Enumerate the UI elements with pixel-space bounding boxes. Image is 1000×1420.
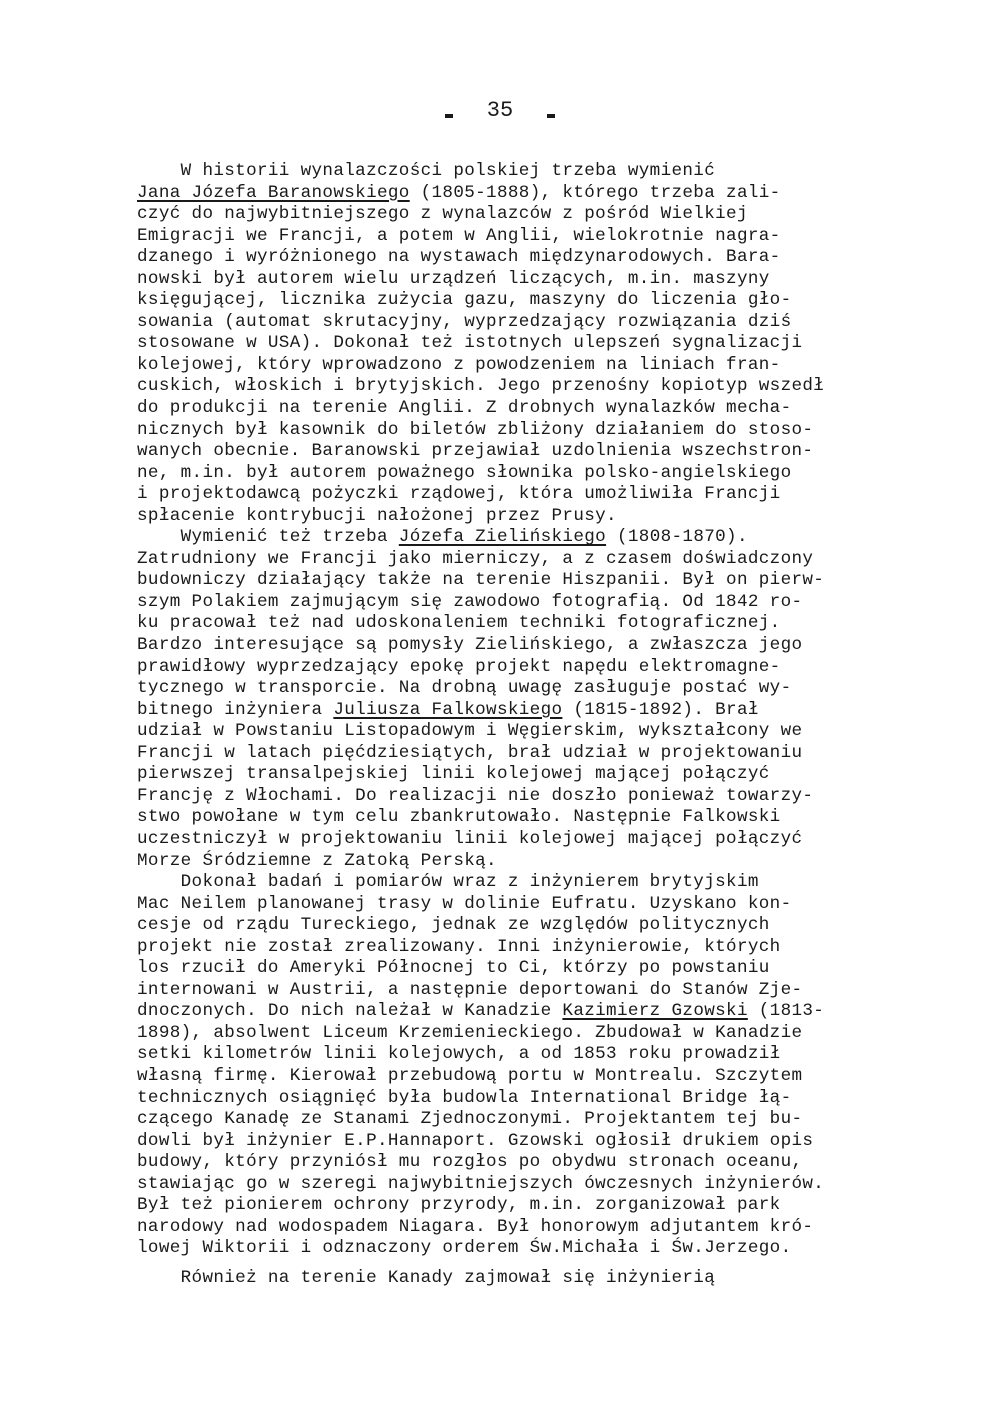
text-segment: (1805-1888), którego trzeba zali- — [410, 183, 781, 203]
text-line: lowej Wiktorii i odznaczony orderem Św.M… — [137, 1238, 917, 1260]
text-line: Mac Neilem planowanej trasy w dolinie Eu… — [137, 894, 917, 916]
text-line: wanych obecnie. Baranowski przejawiał uz… — [137, 441, 917, 463]
text-line: Również na terenie Kanady zajmował się i… — [137, 1268, 917, 1290]
text-segment: i projektodawcą pożyczki rządowej, która… — [137, 484, 781, 504]
text-segment: Emigracji we Francji, a potem w Anglii, … — [137, 226, 781, 246]
text-line: stwo powołane w tym celu zbankrutowało. … — [137, 807, 917, 829]
text-line: czącego Kanadę ze Stanami Zjednoczonymi.… — [137, 1109, 917, 1131]
text-line: los rzucił do Ameryki Północnej to Ci, k… — [137, 958, 917, 980]
text-line: Dokonał badań i pomiarów wraz z inżynier… — [137, 872, 917, 894]
text-line: prawidłowy wyprzedzający epokę projekt n… — [137, 657, 917, 679]
text-segment: szym Polakiem zajmującym się zawodowo fo… — [137, 592, 802, 612]
underlined-name: Jana Józefa Baranowskiego — [137, 183, 410, 203]
document-body: W historii wynalazczości polskiej trzeba… — [137, 161, 917, 1289]
text-line: stosowane w USA). Dokonał też istotnych … — [137, 333, 917, 355]
text-line: tycznego w transporcie. Na drobną uwagę … — [137, 678, 917, 700]
text-segment: Dokonał badań i pomiarów wraz z inżynier… — [137, 872, 759, 892]
paragraph: Wymienić też trzeba Józefa Zielińskiego … — [137, 527, 917, 872]
text-segment: czącego Kanadę ze Stanami Zjednoczonymi.… — [137, 1109, 802, 1129]
text-segment: Francji w latach pięćdziesiątych, brał u… — [137, 743, 802, 763]
text-line: Wymienić też trzeba Józefa Zielińskiego … — [137, 527, 917, 549]
text-line: i projektodawcą pożyczki rządowej, która… — [137, 484, 917, 506]
text-segment: dnoczonych. Do nich należał w Kanadzie — [137, 1001, 562, 1021]
text-line: do produkcji na terenie Anglii. Z drobny… — [137, 398, 917, 420]
text-line: projekt nie został zrealizowany. Inni in… — [137, 937, 917, 959]
text-line: dzanego i wyróżnionego na wystawach międ… — [137, 247, 917, 269]
text-segment: technicznych osiągnięć była budowla Inte… — [137, 1088, 791, 1108]
text-line: ne, m.in. był autorem poważnego słownika… — [137, 463, 917, 485]
text-segment: wanych obecnie. Baranowski przejawiał uz… — [137, 441, 813, 461]
text-segment: (1808-1870). — [606, 527, 748, 547]
text-line: dnoczonych. Do nich należał w Kanadzie K… — [137, 1001, 917, 1023]
text-segment: Morze Śródziemne z Zatoką Perską. — [137, 851, 497, 871]
text-segment: do produkcji na terenie Anglii. Z drobny… — [137, 398, 791, 418]
text-segment: pierwszej transalpejskiej linii kolejowe… — [137, 764, 770, 784]
text-segment: Również na terenie Kanady zajmował się i… — [137, 1268, 715, 1288]
text-segment: Francję z Włochami. Do realizacji nie do… — [137, 786, 813, 806]
text-segment: ne, m.in. był autorem poważnego słownika… — [137, 463, 791, 483]
text-line: Francji w latach pięćdziesiątych, brał u… — [137, 743, 917, 765]
text-line: księgującej, licznika zużycia gazu, masz… — [137, 290, 917, 312]
text-segment: Zatrudniony we Francji jako mierniczy, a… — [137, 549, 813, 569]
text-segment: W historii wynalazczości polskiej trzeba… — [137, 161, 715, 181]
text-line: szym Polakiem zajmującym się zawodowo fo… — [137, 592, 917, 614]
text-line: nicznych był kasownik do biletów zbliżon… — [137, 420, 917, 442]
page-number-value: 35 — [487, 98, 513, 123]
text-line: W historii wynalazczości polskiej trzeba… — [137, 161, 917, 183]
text-line: cesje od rządu Tureckiego, jednak ze wzg… — [137, 915, 917, 937]
text-segment: Mac Neilem planowanej trasy w dolinie Eu… — [137, 894, 791, 914]
text-line: Jana Józefa Baranowskiego (1805-1888), k… — [137, 183, 917, 205]
text-segment: dzanego i wyróżnionego na wystawach międ… — [137, 247, 781, 267]
text-segment: cesje od rządu Tureckiego, jednak ze wzg… — [137, 915, 770, 935]
text-line: 1898), absolwent Liceum Krzemienieckiego… — [137, 1023, 917, 1045]
text-segment: Wymienić też trzeba — [137, 527, 399, 547]
text-segment: (1813- — [748, 1001, 824, 1021]
text-line: Zatrudniony we Francji jako mierniczy, a… — [137, 549, 917, 571]
text-segment: nowski był autorem wielu urządzeń licząc… — [137, 269, 770, 289]
paragraph-gap — [137, 1260, 917, 1268]
underlined-name: Kazimierz Gzowski — [562, 1001, 747, 1021]
text-segment: Bardzo interesujące są pomysły Zieliński… — [137, 635, 802, 655]
text-line: kolejowej, który wprowadzono z powodzeni… — [137, 355, 917, 377]
text-segment: budowy, który przyniósł mu rozgłos po ob… — [137, 1152, 802, 1172]
text-segment: ku pracował też nad udoskonaleniem techn… — [137, 613, 781, 633]
text-segment: los rzucił do Ameryki Północnej to Ci, k… — [137, 958, 770, 978]
text-segment: spłacenie kontrybucji nałożonej przez Pr… — [137, 506, 617, 526]
text-segment: bitnego inżyniera — [137, 700, 333, 720]
text-segment: udział w Powstaniu Listopadowym i Węgier… — [137, 721, 802, 741]
text-segment: księgującej, licznika zużycia gazu, masz… — [137, 290, 791, 310]
text-line: technicznych osiągnięć była budowla Inte… — [137, 1088, 917, 1110]
text-line: budowy, który przyniósł mu rozgłos po ob… — [137, 1152, 917, 1174]
text-line: stawiając go w szeregi najwybitniejszych… — [137, 1174, 917, 1196]
text-segment: stwo powołane w tym celu zbankrutowało. … — [137, 807, 781, 827]
text-segment: stosowane w USA). Dokonał też istotnych … — [137, 333, 802, 353]
paragraph: Dokonał badań i pomiarów wraz z inżynier… — [137, 872, 917, 1260]
text-line: Morze Śródziemne z Zatoką Perską. — [137, 851, 917, 873]
text-line: sowania (automat skrutacyjny, wyprzedzaj… — [137, 312, 917, 334]
text-segment: (1815-1892). Brał — [562, 700, 758, 720]
text-segment: dowli był inżynier E.P.Hannaport. Gzowsk… — [137, 1131, 813, 1151]
text-segment: czyć do najwybitniejszego z wynalazców z… — [137, 204, 748, 224]
text-line: Francję z Włochami. Do realizacji nie do… — [137, 786, 917, 808]
text-line: własną firmę. Kierował przebudową portu … — [137, 1066, 917, 1088]
text-line: uczestniczył w projektowaniu linii kolej… — [137, 829, 917, 851]
underlined-name: Józefa Zielińskiego — [399, 527, 606, 547]
text-line: dowli był inżynier E.P.Hannaport. Gzowsk… — [137, 1131, 917, 1153]
text-line: spłacenie kontrybucji nałożonej przez Pr… — [137, 506, 917, 528]
text-line: setki kilometrów linii kolejowych, a od … — [137, 1044, 917, 1066]
text-line: bitnego inżyniera Juliusza Falkowskiego … — [137, 700, 917, 722]
text-line: nowski był autorem wielu urządzeń licząc… — [137, 269, 917, 291]
paragraph: W historii wynalazczości polskiej trzeba… — [137, 161, 917, 527]
text-segment: własną firmę. Kierował przebudową portu … — [137, 1066, 802, 1086]
text-segment: cuskich, włoskich i brytyjskich. Jego pr… — [137, 376, 824, 396]
text-segment: projekt nie został zrealizowany. Inni in… — [137, 937, 781, 957]
text-segment: tycznego w transporcie. Na drobną uwagę … — [137, 678, 791, 698]
text-line: Był też pionierem ochrony przyrody, m.in… — [137, 1195, 917, 1217]
paragraph: Również na terenie Kanady zajmował się i… — [137, 1268, 917, 1290]
text-line: Emigracji we Francji, a potem w Anglii, … — [137, 226, 917, 248]
text-segment: internowani w Austrii, a następnie depor… — [137, 980, 802, 1000]
text-segment: kolejowej, który wprowadzono z powodzeni… — [137, 355, 781, 375]
text-segment: uczestniczył w projektowaniu linii kolej… — [137, 829, 802, 849]
text-segment: nicznych był kasownik do biletów zbliżon… — [137, 420, 813, 440]
page-number-dash-left — [445, 114, 453, 118]
page-number: 35 — [0, 98, 1000, 123]
text-line: czyć do najwybitniejszego z wynalazców z… — [137, 204, 917, 226]
text-line: cuskich, włoskich i brytyjskich. Jego pr… — [137, 376, 917, 398]
text-segment: stawiając go w szeregi najwybitniejszych… — [137, 1174, 824, 1194]
text-line: narodowy nad wodospadem Niagara. Był hon… — [137, 1217, 917, 1239]
text-line: Bardzo interesujące są pomysły Zieliński… — [137, 635, 917, 657]
underlined-name: Juliusza Falkowskiego — [333, 700, 562, 720]
text-segment: prawidłowy wyprzedzający epokę projekt n… — [137, 657, 781, 677]
text-segment: setki kilometrów linii kolejowych, a od … — [137, 1044, 781, 1064]
text-line: internowani w Austrii, a następnie depor… — [137, 980, 917, 1002]
text-segment: lowej Wiktorii i odznaczony orderem Św.M… — [137, 1238, 791, 1258]
text-segment: sowania (automat skrutacyjny, wyprzedzaj… — [137, 312, 791, 332]
text-segment: Był też pionierem ochrony przyrody, m.in… — [137, 1195, 781, 1215]
text-segment: narodowy nad wodospadem Niagara. Był hon… — [137, 1217, 813, 1237]
text-segment: 1898), absolwent Liceum Krzemienieckiego… — [137, 1023, 802, 1043]
page-number-dash-right — [547, 114, 555, 118]
text-line: budowniczy działający także na terenie H… — [137, 570, 917, 592]
text-line: ku pracował też nad udoskonaleniem techn… — [137, 613, 917, 635]
text-line: pierwszej transalpejskiej linii kolejowe… — [137, 764, 917, 786]
text-line: udział w Powstaniu Listopadowym i Węgier… — [137, 721, 917, 743]
text-segment: budowniczy działający także na terenie H… — [137, 570, 824, 590]
